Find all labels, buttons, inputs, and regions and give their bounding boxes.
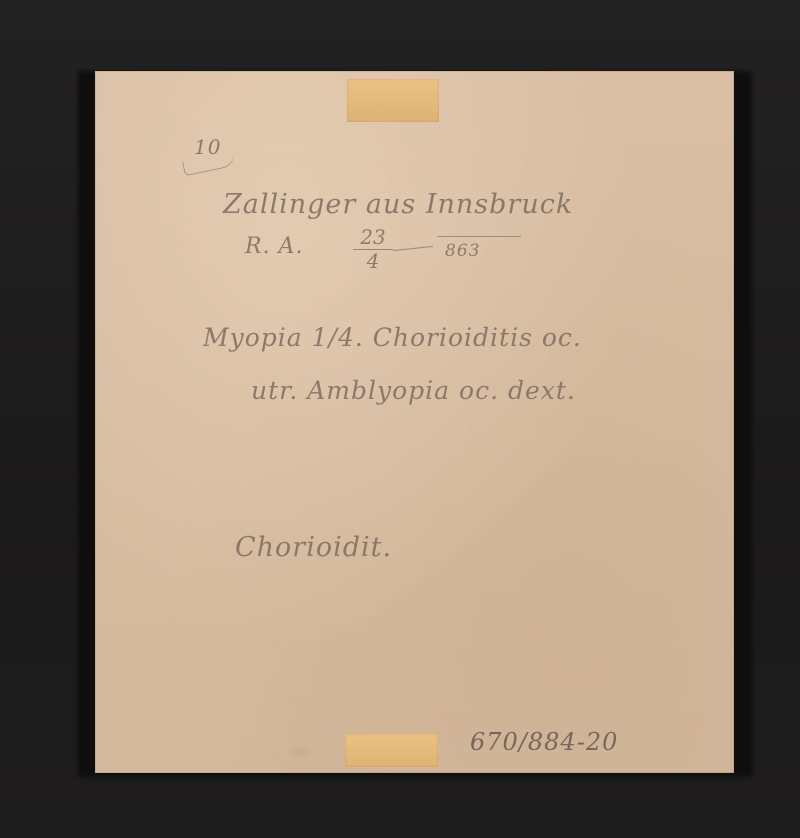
date-year: 863 xyxy=(445,241,480,261)
date-month: 4 xyxy=(353,250,393,272)
annotation-prefix: R. A. xyxy=(245,234,303,259)
annotation-summary: Chorioidit. xyxy=(235,532,392,563)
annotation-diagnosis-2: utr. Amblyopia oc. dext. xyxy=(251,376,576,405)
annotation-name-origin: Zallinger aus Innsbruck xyxy=(223,189,573,220)
date-fraction: 23 4 xyxy=(353,225,393,272)
archival-card: 10 Zallinger aus Innsbruck R. A. 23 4 86… xyxy=(95,71,734,773)
date-day: 23 xyxy=(353,225,393,250)
date-dash xyxy=(393,246,433,251)
tape-strip-bottom xyxy=(345,734,438,767)
paper-stain xyxy=(283,741,317,763)
year-overline xyxy=(437,236,521,237)
catalog-number: 670/884-20 xyxy=(470,728,618,756)
tape-strip-top xyxy=(347,79,439,122)
annotation-diagnosis-1: Myopia 1/4. Chorioiditis oc. xyxy=(203,323,582,352)
